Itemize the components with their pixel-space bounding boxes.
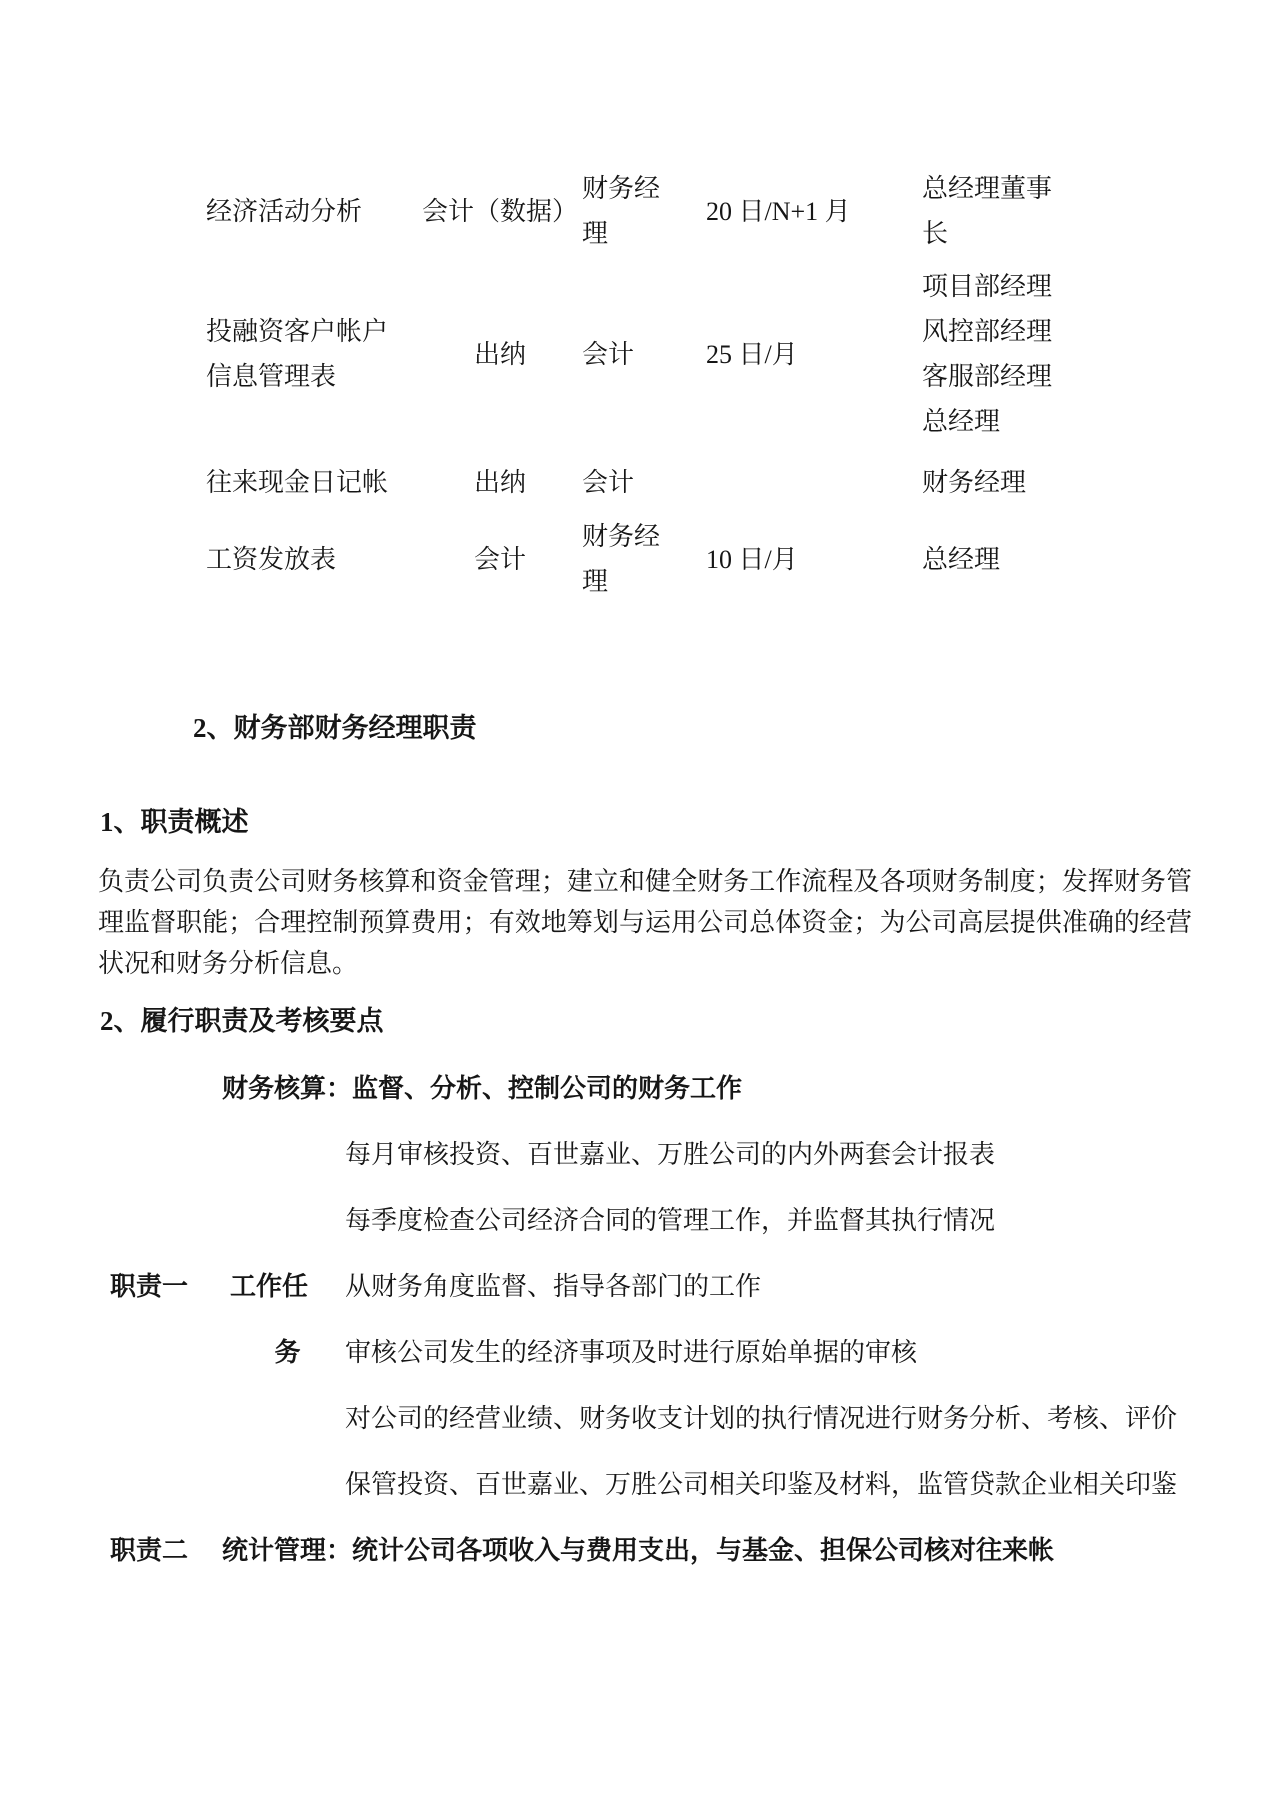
cell-preparer: 会计（数据）	[418, 165, 582, 257]
cell-line: 会计（数据）	[418, 189, 582, 234]
cell-line: 投融资客户帐户	[206, 309, 418, 354]
duty1-item-line: 每月审核投资、百世嘉业、万胜公司的内外两套会计报表	[100, 1122, 1280, 1188]
overview-heading: 1、职责概述	[100, 801, 1280, 843]
document-page: 经济活动分析会计（数据）财务经理20 日/N+1 月总经理董事长投融资客户帐户信…	[0, 0, 1280, 1810]
cell-recipient: 项目部经理风控部经理客服部经理总经理	[922, 257, 1092, 451]
cell-line: 会计	[418, 537, 582, 582]
cell-preparer: 出纳	[418, 257, 582, 451]
cell-deadline	[706, 451, 922, 513]
duty1-item: 保管投资、百世嘉业、万胜公司相关印鉴及材料，监管贷款企业相关印鉴	[100, 1465, 1177, 1505]
duty1-label: 职责一	[100, 1267, 230, 1307]
duty1-task-label-line1: 工作任	[230, 1267, 345, 1307]
table-row: 经济活动分析会计（数据）财务经理20 日/N+1 月总经理董事长	[206, 165, 1092, 257]
cell-line: 出纳	[418, 332, 582, 377]
cell-line: 总经理董事	[922, 166, 1092, 211]
cell-report-name: 往来现金日记帐	[206, 451, 418, 513]
overview-paragraph: 负责公司负责公司财务核算和资金管理；建立和健全财务工作流程及各项财务制度；发挥财…	[98, 861, 1192, 984]
duty1-item: 每月审核投资、百世嘉业、万胜公司的内外两套会计报表	[100, 1135, 995, 1175]
duty-lines: 财务核算：监督、分析、控制公司的财务工作 每月审核投资、百世嘉业、万胜公司的内外…	[100, 1056, 1280, 1584]
table-row: 工资发放表会计财务经理10 日/月总经理	[206, 513, 1092, 605]
cell-line: 客服部经理	[922, 354, 1092, 399]
cell-line: 工资发放表	[206, 537, 418, 582]
cell-reviewer: 会计	[582, 257, 706, 451]
cell-line: 理	[582, 559, 706, 604]
cell-recipient: 财务经理	[922, 451, 1092, 513]
cell-line: 会计	[582, 332, 706, 377]
cell-line: 信息管理表	[206, 354, 418, 399]
section-heading: 2、财务部财务经理职责	[193, 707, 1280, 749]
cell-line: 长	[922, 211, 1092, 256]
duty1-subtitle: 财务核算：监督、分析、控制公司的财务工作	[100, 1069, 742, 1109]
cell-line: 总经理	[922, 537, 1092, 582]
duty1-label-line: 职责一 工作任 从财务角度监督、指导各部门的工作	[100, 1254, 1280, 1320]
cell-line: 25 日/月	[706, 332, 922, 377]
cell-reviewer: 财务经理	[582, 513, 706, 605]
report-distribution-table: 经济活动分析会计（数据）财务经理20 日/N+1 月总经理董事长投融资客户帐户信…	[206, 165, 1092, 605]
cell-deadline: 20 日/N+1 月	[706, 165, 922, 257]
duty2-label: 职责二	[100, 1531, 222, 1571]
cell-report-name: 工资发放表	[206, 513, 418, 605]
cell-preparer: 会计	[418, 513, 582, 605]
cell-line: 会计	[582, 460, 706, 505]
cell-line: 10 日/月	[706, 537, 922, 582]
cell-line: 财务经	[582, 514, 706, 559]
cell-line: 经济活动分析	[206, 189, 418, 234]
duty1-item: 每季度检查公司经济合同的管理工作，并监督其执行情况	[100, 1201, 995, 1241]
duty1-item-line: 保管投资、百世嘉业、万胜公司相关印鉴及材料，监管贷款企业相关印鉴	[100, 1452, 1280, 1518]
duty2-subtitle: 统计管理：统计公司各项收入与费用支出，与基金、担保公司核对往来帐	[222, 1531, 1054, 1571]
cell-recipient: 总经理	[922, 513, 1092, 605]
cell-line: 财务经	[582, 166, 706, 211]
cell-deadline: 10 日/月	[706, 513, 922, 605]
cell-report-name: 经济活动分析	[206, 165, 418, 257]
table-row: 往来现金日记帐出纳会计财务经理	[206, 451, 1092, 513]
cell-line: 理	[582, 211, 706, 256]
duty1-item-line: 每季度检查公司经济合同的管理工作，并监督其执行情况	[100, 1188, 1280, 1254]
duty1-item-line: 对公司的经营业绩、财务收支计划的执行情况进行财务分析、考核、评价	[100, 1386, 1280, 1452]
table-row: 投融资客户帐户信息管理表出纳会计25 日/月项目部经理风控部经理客服部经理总经理	[206, 257, 1092, 451]
cell-line	[706, 460, 922, 505]
cell-line: 出纳	[418, 460, 582, 505]
duty1-item: 对公司的经营业绩、财务收支计划的执行情况进行财务分析、考核、评价	[100, 1399, 1177, 1439]
duty1-subtitle-line: 财务核算：监督、分析、控制公司的财务工作	[100, 1056, 1280, 1122]
cell-line: 项目部经理	[922, 264, 1092, 309]
duty1-item: 审核公司发生的经济事项及时进行原始单据的审核	[345, 1333, 1280, 1373]
duty2-label-line: 职责二 统计管理：统计公司各项收入与费用支出，与基金、担保公司核对往来帐	[100, 1518, 1280, 1584]
cell-reviewer: 会计	[582, 451, 706, 513]
cell-preparer: 出纳	[418, 451, 582, 513]
cell-line: 20 日/N+1 月	[706, 189, 922, 234]
duties-heading: 2、履行职责及考核要点	[100, 1000, 1280, 1042]
cell-recipient: 总经理董事长	[922, 165, 1092, 257]
cell-report-name: 投融资客户帐户信息管理表	[206, 257, 418, 451]
duty1-item: 从财务角度监督、指导各部门的工作	[345, 1267, 1280, 1307]
cell-line: 总经理	[922, 399, 1092, 444]
cell-line: 财务经理	[922, 460, 1092, 505]
duty1-task-label-line2: 务	[230, 1333, 345, 1373]
duty1-item-line: 务 审核公司发生的经济事项及时进行原始单据的审核	[100, 1320, 1280, 1386]
cell-line: 风控部经理	[922, 309, 1092, 354]
cell-reviewer: 财务经理	[582, 165, 706, 257]
cell-deadline: 25 日/月	[706, 257, 922, 451]
cell-line: 往来现金日记帐	[206, 460, 418, 505]
